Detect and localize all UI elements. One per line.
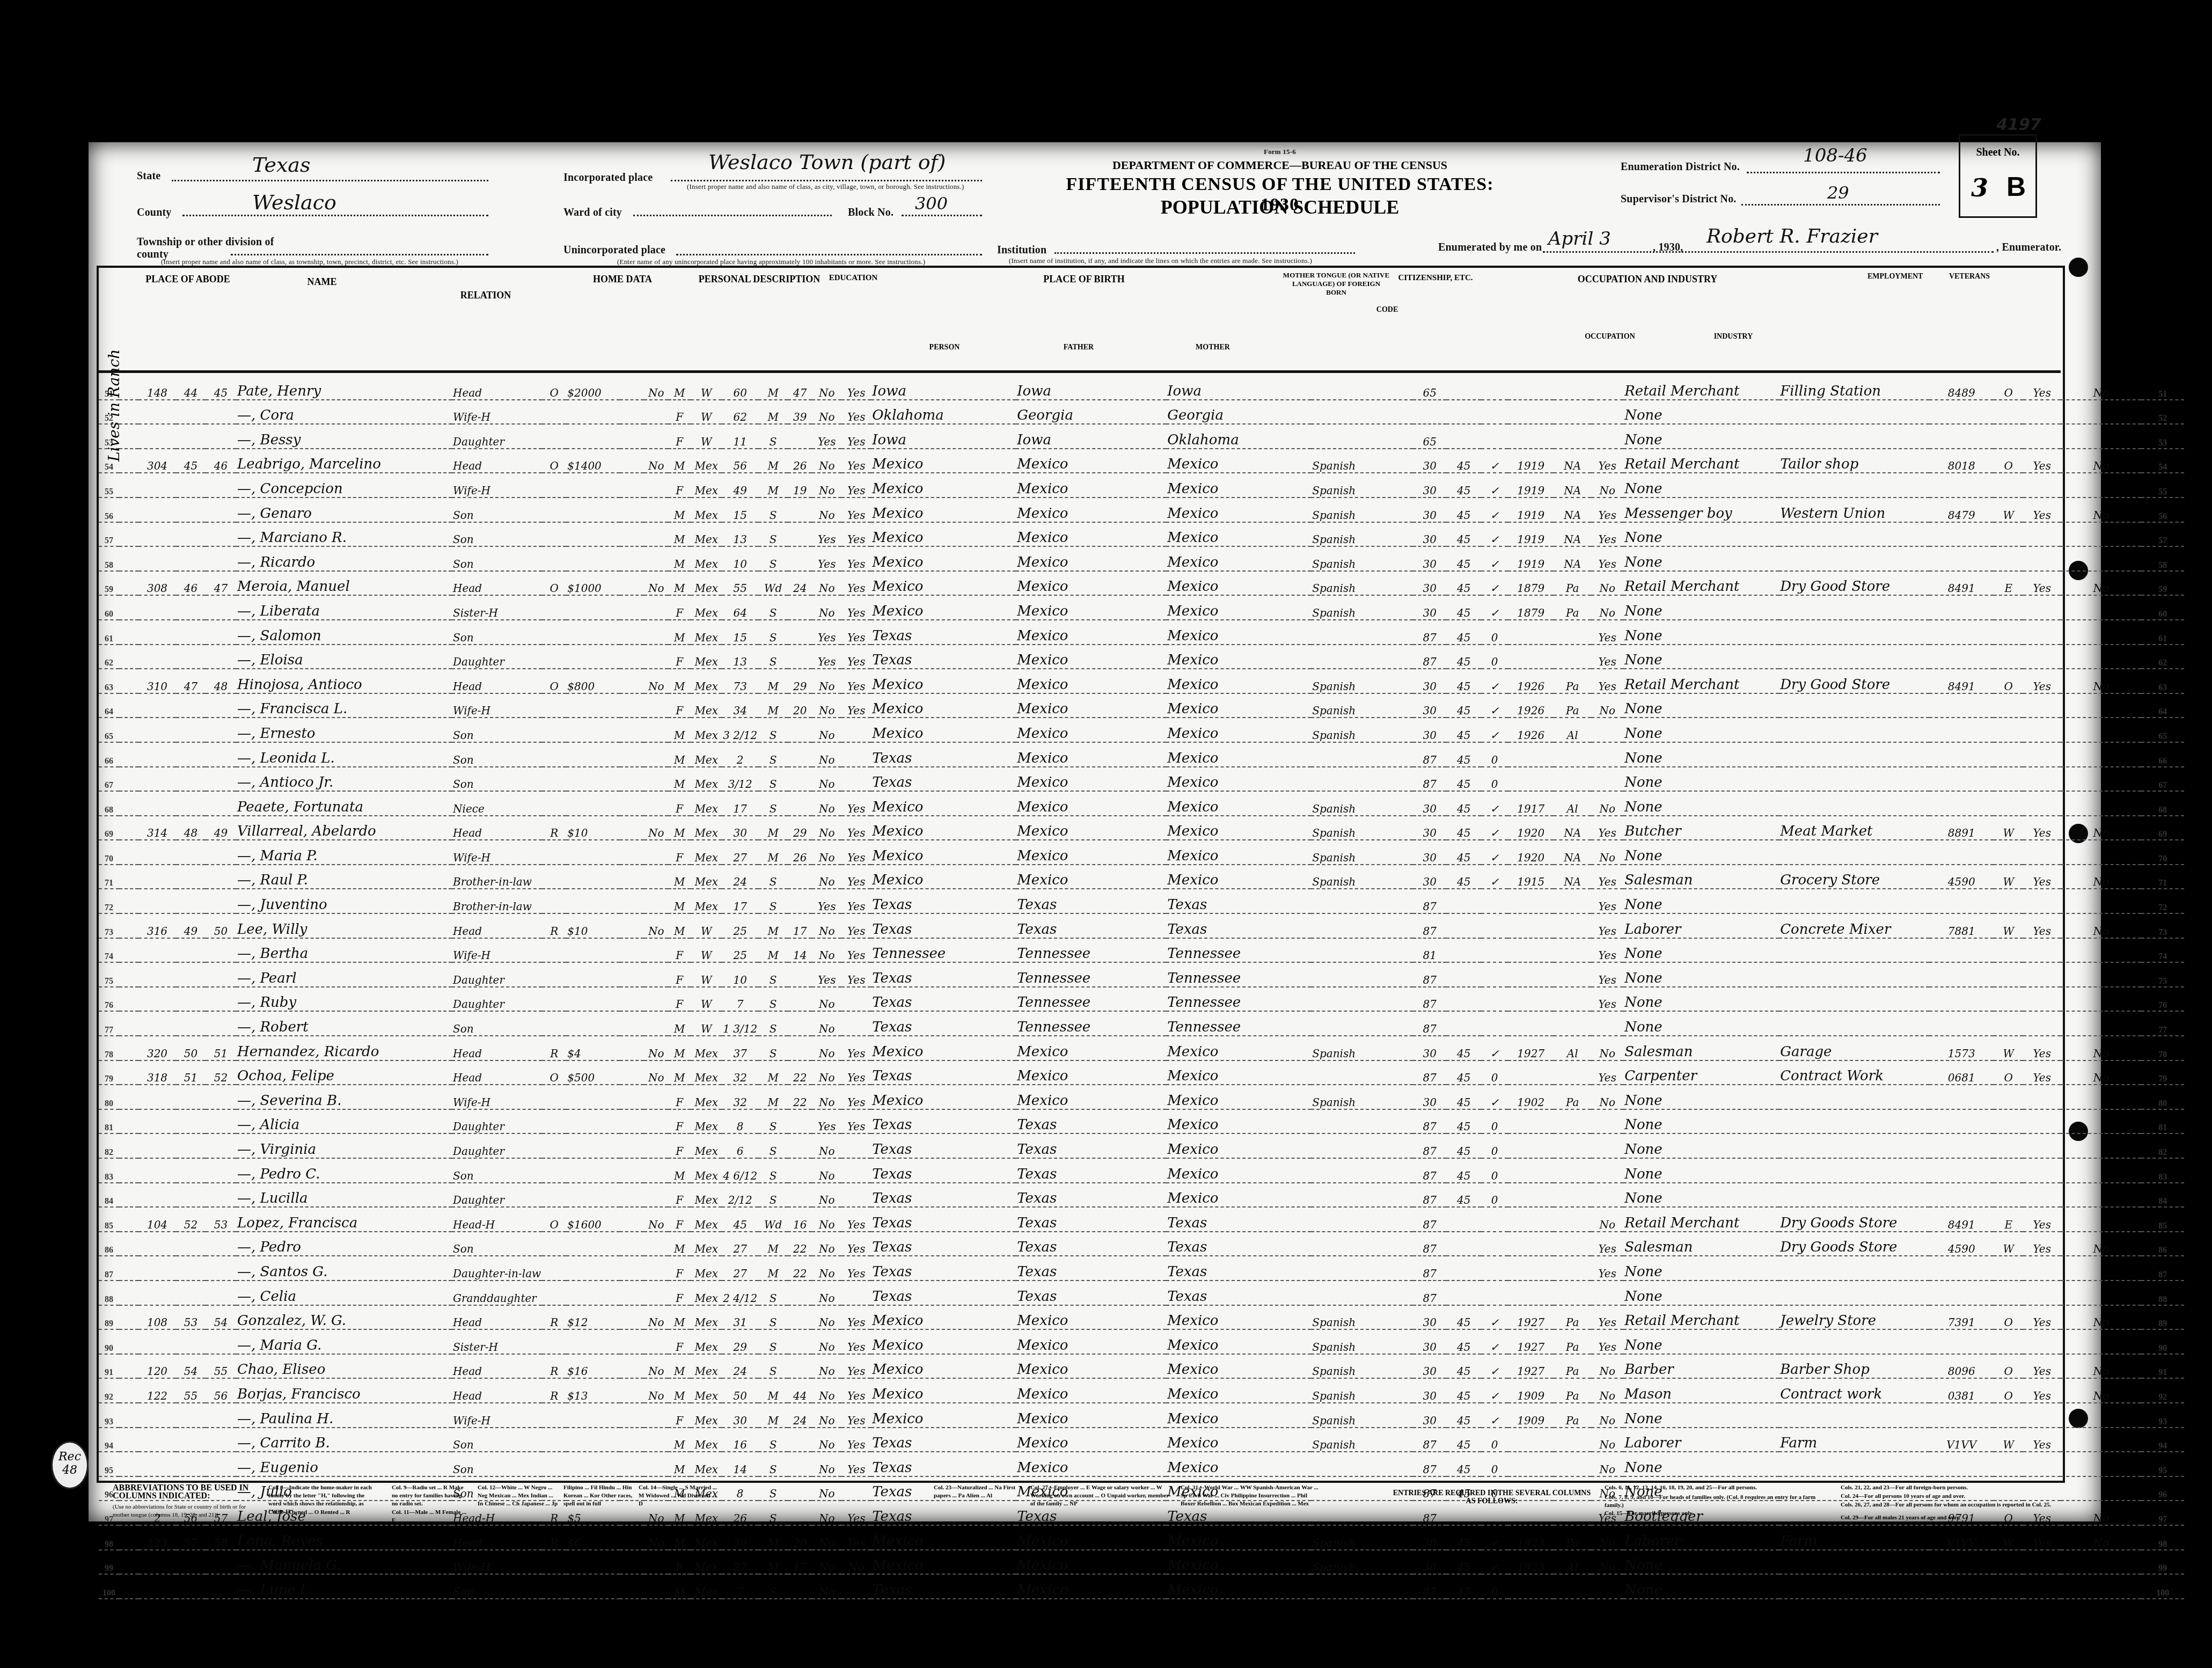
code-a: 87	[1413, 1207, 1446, 1232]
veteran: No	[2061, 1305, 2141, 1330]
farm: No	[644, 1305, 668, 1330]
immigration-year: 1919	[1508, 522, 1554, 547]
occupation: None	[1623, 595, 1779, 620]
house-number	[138, 791, 176, 816]
birthplace-father: Texas	[1016, 1207, 1166, 1232]
birthplace-mother: Mexico	[1166, 1036, 1311, 1060]
entries-1: Cols. 6, 11, 12, 13, 14, 16, 18, 19, 20,…	[1605, 1484, 1830, 1492]
table-row: 83—, Pedro C.SonMMex4 6/12SNoTexasTexasM…	[99, 1158, 2184, 1183]
occupation-code	[1929, 1452, 1994, 1476]
occupation-code	[1929, 1158, 1994, 1183]
table-row: 71—, Raul P.Brother-in-lawMMex24SNoYesMe…	[99, 865, 2184, 889]
birthplace-mother: Iowa	[1166, 376, 1311, 400]
family-number	[206, 1256, 236, 1281]
occupation-code: 0681	[1929, 1060, 1994, 1085]
industry: Dry Good Store	[1779, 571, 1929, 596]
house-number	[138, 718, 176, 742]
industry	[1779, 595, 1929, 620]
relation: Son	[452, 1158, 542, 1183]
occupation-code	[1929, 1133, 1994, 1158]
code-b: 45	[1446, 742, 1481, 767]
code-c: ✓	[1481, 1354, 1508, 1379]
table-row: 55—, ConcepcionWife-HFMex49M19NoYesMexic…	[99, 473, 2184, 498]
table-row: 100—, Lupe L.SonMMex7SNoTexasMexicoMexic…	[99, 1574, 2184, 1599]
relation: Wife-H	[452, 400, 542, 425]
home-value	[566, 791, 620, 816]
marital-status: S	[758, 742, 788, 767]
family-number	[206, 693, 236, 718]
family-number	[206, 1158, 236, 1183]
person-name: Meroia, Manuel	[236, 571, 452, 596]
person-name: —, Concepcion	[236, 473, 452, 498]
ed-label: Enumeration District No.	[1621, 161, 1740, 173]
house-number	[138, 473, 176, 498]
radio-set	[620, 1183, 644, 1208]
employed	[2023, 987, 2061, 1012]
person-name: Chao, Eliseo	[236, 1354, 452, 1379]
line-number-right: 55	[2141, 473, 2184, 498]
line-number: 99	[99, 1550, 119, 1575]
farm	[644, 1011, 668, 1036]
table-row: 81—, AliciaDaughterFMex8SYesYesTexasTexa…	[99, 1109, 2184, 1134]
age: 14	[722, 1452, 758, 1476]
sex: F	[668, 840, 691, 865]
family-number	[206, 498, 236, 522]
naturalization: Pa	[1554, 1403, 1591, 1428]
home-value	[566, 1428, 620, 1452]
birthplace-mother: Mexico	[1166, 449, 1311, 473]
attended-school: No	[812, 1036, 841, 1060]
dwelling-number: 49	[176, 913, 206, 938]
employed	[2023, 1158, 2061, 1183]
industry	[1779, 1256, 1929, 1281]
naturalization	[1554, 1207, 1591, 1232]
table-row: 53—, BessyDaughterFW11SYesYesIowaIowaOkl…	[99, 424, 2184, 449]
institution-note: (Insert name of institution, if any, and…	[1009, 257, 1385, 265]
occupation-code	[1929, 742, 1994, 767]
code-a: 87	[1413, 1011, 1446, 1036]
family-number	[206, 1329, 236, 1354]
can-read-write	[841, 1281, 871, 1305]
race: Mex	[691, 473, 722, 498]
age-at-marriage: 14	[788, 938, 812, 963]
code-b: 45	[1446, 1109, 1481, 1134]
sex: M	[668, 913, 691, 938]
person-name: —, Carrito B.	[236, 1428, 452, 1452]
occupation: Salesman	[1623, 1036, 1779, 1060]
marital-status: M	[758, 1085, 788, 1109]
dwelling-number: 55	[176, 1378, 206, 1403]
margin-cell	[119, 1428, 138, 1452]
farm: No	[644, 1378, 668, 1403]
race: W	[691, 938, 722, 963]
birthplace-person: Texas	[871, 1183, 1016, 1208]
line-number-right: 94	[2141, 1428, 2184, 1452]
age: 31	[722, 1305, 758, 1330]
sex: F	[668, 1085, 691, 1109]
code-a: 30	[1413, 1378, 1446, 1403]
code-c: 0	[1481, 620, 1508, 645]
occupation-code: 8096	[1929, 1354, 1994, 1379]
table-row: 593084647Meroia, ManuelHeadO$1000NoMMex5…	[99, 571, 2184, 596]
code-c: ✓	[1481, 1378, 1508, 1403]
naturalization	[1554, 1452, 1591, 1476]
attended-school: No	[812, 1281, 841, 1305]
naturalization	[1554, 767, 1591, 792]
header-name: NAME	[263, 276, 381, 288]
birthplace-mother: Oklahoma	[1166, 424, 1311, 449]
dwelling-number	[176, 791, 206, 816]
birthplace-mother: Mexico	[1166, 669, 1311, 693]
marital-status: S	[758, 546, 788, 571]
code-b: 45	[1446, 522, 1481, 547]
industry	[1779, 1158, 1929, 1183]
birthplace-father: Mexico	[1016, 865, 1166, 889]
occupation-code	[1929, 473, 1994, 498]
abbrev-col23: Col. 23—Naturalized ... Na First papers …	[934, 1484, 1020, 1500]
employed	[2023, 742, 2061, 767]
marital-status: S	[758, 1574, 788, 1599]
code-b	[1446, 400, 1481, 425]
radio-set	[620, 1329, 644, 1354]
veteran	[2061, 1281, 2141, 1305]
immigration-year	[1508, 1109, 1554, 1134]
house-number	[138, 1011, 176, 1036]
race: W	[691, 1011, 722, 1036]
attended-school: No	[812, 1158, 841, 1183]
home-tenure	[542, 1452, 566, 1476]
attended-school: No	[812, 595, 841, 620]
line-number-right: 65	[2141, 718, 2184, 742]
speaks-english: Yes	[1591, 1256, 1623, 1281]
family-number	[206, 962, 236, 987]
race: Mex	[691, 1085, 722, 1109]
dwelling-number	[176, 1109, 206, 1134]
age-at-marriage: 17	[788, 913, 812, 938]
industry	[1779, 1011, 1929, 1036]
relation: Head	[452, 1354, 542, 1379]
can-read-write: Yes	[841, 1525, 871, 1550]
house-number	[138, 1428, 176, 1452]
occupation: None	[1623, 1183, 1779, 1208]
marital-status: M	[758, 669, 788, 693]
class-of-worker	[1994, 1403, 2023, 1428]
sex: M	[668, 1060, 691, 1085]
margin-cell	[119, 1574, 138, 1599]
birthplace-person: Texas	[871, 1207, 1016, 1232]
occupation-code	[1929, 1574, 1994, 1599]
can-read-write: Yes	[841, 693, 871, 718]
farm	[644, 1109, 668, 1134]
family-number: 52	[206, 1060, 236, 1085]
veteran: No	[2061, 571, 2141, 596]
house-number	[138, 1133, 176, 1158]
code-c: ✓	[1481, 473, 1508, 498]
enumerated-date: April 3	[1548, 228, 1611, 250]
sex: F	[668, 1329, 691, 1354]
farm	[644, 1232, 668, 1256]
code-b	[1446, 1256, 1481, 1281]
person-name: Peaete, Fortunata	[236, 791, 452, 816]
farm	[644, 1403, 668, 1428]
naturalization	[1554, 1133, 1591, 1158]
birthplace-father: Mexico	[1016, 816, 1166, 840]
family-number	[206, 424, 236, 449]
mother-tongue	[1311, 1158, 1413, 1183]
class-of-worker: W	[1994, 1428, 2023, 1452]
birthplace-mother: Mexico	[1166, 1109, 1311, 1134]
mother-tongue: Spanish	[1311, 840, 1413, 865]
race: Mex	[691, 816, 722, 840]
occupation: Mason	[1623, 1378, 1779, 1403]
dwelling-number: 51	[176, 1060, 206, 1085]
birthplace-person: Texas	[871, 1574, 1016, 1599]
relation: Son	[452, 1011, 542, 1036]
entries-5: Col. 24—For all persons 10 years of age …	[1841, 1493, 2055, 1501]
line-number: 64	[99, 693, 119, 718]
radio-set	[620, 1109, 644, 1134]
employed	[2023, 1109, 2061, 1134]
class-of-worker	[1994, 1452, 2023, 1476]
immigration-year: 1927	[1508, 1329, 1554, 1354]
family-number: 53	[206, 1207, 236, 1232]
birthplace-father: Mexico	[1016, 1378, 1166, 1403]
industry	[1779, 987, 1929, 1012]
birthplace-father: Texas	[1016, 1281, 1166, 1305]
birthplace-father: Texas	[1016, 1133, 1166, 1158]
industry	[1779, 718, 1929, 742]
occupation: None	[1623, 1011, 1779, 1036]
speaks-english: No	[1591, 571, 1623, 596]
birthplace-person: Mexico	[871, 1329, 1016, 1354]
birthplace-person: Mexico	[871, 1036, 1016, 1060]
industry	[1779, 400, 1929, 425]
house-number	[138, 595, 176, 620]
institution-label: Institution	[997, 244, 1046, 257]
code-b: 45	[1446, 449, 1481, 473]
marital-status: S	[758, 1133, 788, 1158]
attended-school: No	[812, 1378, 841, 1403]
home-tenure	[542, 400, 566, 425]
code-c	[1481, 1256, 1508, 1281]
code-c: 0	[1481, 1109, 1508, 1134]
radio-set	[620, 1281, 644, 1305]
line-number-right: 76	[2141, 987, 2184, 1012]
veteran	[2061, 718, 2141, 742]
dwelling-number: 52	[176, 1207, 206, 1232]
employed	[2023, 889, 2061, 913]
marital-status: M	[758, 938, 788, 963]
can-read-write: Yes	[841, 865, 871, 889]
radio-set	[620, 1011, 644, 1036]
county-label: County	[137, 207, 172, 219]
home-tenure: O	[542, 571, 566, 596]
family-number	[206, 400, 236, 425]
speaks-english: Yes	[1591, 1060, 1623, 1085]
speaks-english: Yes	[1591, 546, 1623, 571]
person-name: —, Severina B.	[236, 1085, 452, 1109]
radio-set	[620, 987, 644, 1012]
code-b: 45	[1446, 669, 1481, 693]
class-of-worker	[1994, 693, 2023, 718]
code-a: 30	[1413, 1403, 1446, 1428]
birthplace-father: Texas	[1016, 1109, 1166, 1134]
mother-tongue	[1311, 424, 1413, 449]
age: 37	[722, 1036, 758, 1060]
mother-tongue: Spanish	[1311, 546, 1413, 571]
family-number: 51	[206, 1036, 236, 1060]
can-read-write: Yes	[841, 1232, 871, 1256]
code-c: ✓	[1481, 498, 1508, 522]
age-at-marriage: 20	[788, 693, 812, 718]
family-number	[206, 473, 236, 498]
veteran	[2061, 1476, 2141, 1501]
speaks-english: Yes	[1591, 1232, 1623, 1256]
radio-set	[620, 546, 644, 571]
farm	[644, 1158, 668, 1183]
radio-set	[620, 1452, 644, 1476]
person-name: —, Eloisa	[236, 645, 452, 669]
occupation-code	[1929, 645, 1994, 669]
attended-school: No	[812, 1060, 841, 1085]
birthplace-father: Tennessee	[1016, 938, 1166, 963]
line-number: 95	[99, 1452, 119, 1476]
age: 2 4/12	[722, 1281, 758, 1305]
naturalization	[1554, 1183, 1591, 1208]
birthplace-person: Mexico	[871, 1403, 1016, 1428]
birthplace-person: Mexico	[871, 473, 1016, 498]
occupation: None	[1623, 1550, 1779, 1575]
age: 27	[722, 1232, 758, 1256]
can-read-write: Yes	[841, 449, 871, 473]
margin-cell	[119, 571, 138, 596]
person-name: —, Juventino	[236, 889, 452, 913]
employed: Yes	[2023, 571, 2061, 596]
family-number	[206, 767, 236, 792]
code-c: 0	[1481, 645, 1508, 669]
code-b	[1446, 962, 1481, 987]
race: Mex	[691, 1256, 722, 1281]
line-number-right: 74	[2141, 938, 2184, 963]
veteran	[2061, 595, 2141, 620]
class-of-worker: O	[1994, 1060, 2023, 1085]
radio-set	[620, 1305, 644, 1330]
home-value	[566, 1109, 620, 1134]
margin-cell	[119, 1085, 138, 1109]
race: Mex	[691, 1305, 722, 1330]
industry	[1779, 1452, 1929, 1476]
can-read-write: Yes	[841, 669, 871, 693]
relation: Son	[452, 1428, 542, 1452]
mother-tongue	[1311, 1281, 1413, 1305]
family-number	[206, 1452, 236, 1476]
person-name: —, Robert	[236, 1011, 452, 1036]
relation: Wife-H	[452, 840, 542, 865]
house-number	[138, 1574, 176, 1599]
mother-tongue	[1311, 376, 1413, 400]
birthplace-father: Texas	[1016, 1158, 1166, 1183]
speaks-english: No	[1591, 1378, 1623, 1403]
margin-cell	[119, 1378, 138, 1403]
age: 50	[722, 1378, 758, 1403]
dwelling-number	[176, 1550, 206, 1575]
abbrev-col9: Col. 9—Radio set ... R Make no entry for…	[392, 1484, 467, 1508]
farm: No	[644, 1525, 668, 1550]
marital-status: M	[758, 816, 788, 840]
attended-school: No	[812, 865, 841, 889]
mother-tongue: Spanish	[1311, 1329, 1413, 1354]
farm	[644, 1085, 668, 1109]
home-value	[566, 840, 620, 865]
can-read-write: Yes	[841, 522, 871, 547]
code-a: 87	[1413, 742, 1446, 767]
birthplace-person: Texas	[871, 987, 1016, 1012]
line-number: 65	[99, 718, 119, 742]
table-row: 633104748Hinojosa, AntiocoHeadO$800NoMMe…	[99, 669, 2184, 693]
line-number: 78	[99, 1036, 119, 1060]
age-at-marriage: 17	[788, 1550, 812, 1575]
age-at-marriage: 16	[788, 1207, 812, 1232]
code-a: 30	[1413, 571, 1446, 596]
code-a: 30	[1413, 449, 1446, 473]
age: 34	[722, 693, 758, 718]
house-number: 122	[138, 1378, 176, 1403]
birthplace-person: Mexico	[871, 595, 1016, 620]
employed	[2023, 840, 2061, 865]
attended-school: No	[812, 473, 841, 498]
birthplace-person: Iowa	[871, 424, 1016, 449]
line-number-right: 61	[2141, 620, 2184, 645]
birthplace-father: Mexico	[1016, 1329, 1166, 1354]
birthplace-mother: Mexico	[1166, 718, 1311, 742]
farm	[644, 1183, 668, 1208]
relation: Wife-H	[452, 1085, 542, 1109]
house-number	[138, 1403, 176, 1428]
age: 27	[722, 840, 758, 865]
age: 4 6/12	[722, 1158, 758, 1183]
race: W	[691, 376, 722, 400]
employed: Yes	[2023, 449, 2061, 473]
header-personal-description: PERSONAL DESCRIPTION	[698, 274, 821, 285]
attended-school: No	[812, 498, 841, 522]
employed: Yes	[2023, 1525, 2061, 1550]
mother-tongue	[1311, 742, 1413, 767]
mother-tongue	[1311, 987, 1413, 1012]
class-of-worker: E	[1994, 571, 2023, 596]
speaks-english: Yes	[1591, 620, 1623, 645]
can-read-write: Yes	[841, 791, 871, 816]
code-b: 45	[1446, 816, 1481, 840]
age-at-marriage	[788, 962, 812, 987]
age-at-marriage: 29	[788, 669, 812, 693]
margin-side-note: Lives in Ranch	[105, 349, 123, 462]
mother-tongue	[1311, 1574, 1413, 1599]
employed: Yes	[2023, 1354, 2061, 1379]
home-value	[566, 693, 620, 718]
age: 27	[722, 1256, 758, 1281]
veteran: No	[2061, 1232, 2141, 1256]
occupation: None	[1623, 791, 1779, 816]
naturalization	[1554, 1158, 1591, 1183]
age-at-marriage: 44	[788, 1378, 812, 1403]
industry	[1779, 742, 1929, 767]
speaks-english: Yes	[1591, 889, 1623, 913]
census-table: 511484445Pate, HenryHeadO$2000NoMW60M47N…	[99, 376, 2184, 1599]
home-value	[566, 767, 620, 792]
race: Mex	[691, 571, 722, 596]
code-b: 45	[1446, 718, 1481, 742]
marital-status: S	[758, 987, 788, 1012]
